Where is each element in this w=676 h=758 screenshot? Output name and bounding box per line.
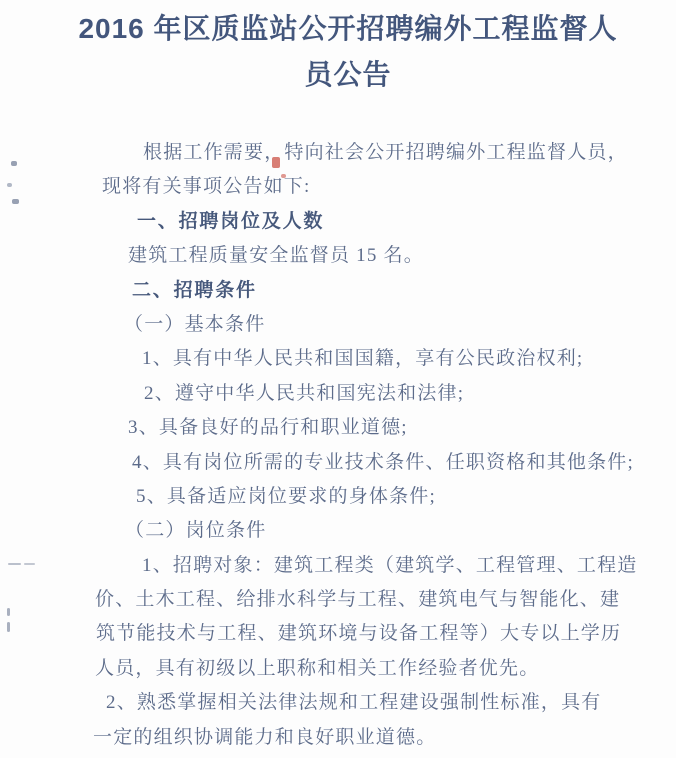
- text-line: （二）岗位条件: [0, 514, 676, 548]
- text-line: 2、遵守中华人民共和国宪法和法律;: [0, 377, 676, 411]
- text-line: 3、具备良好的品行和职业道德;: [0, 411, 676, 445]
- text-line: 1、招聘对象：建筑工程类（建筑学、工程管理、工程造: [0, 549, 676, 583]
- text-line: 价、土木工程、给排水科学与工程、建筑电气与智能化、建: [0, 583, 676, 617]
- text-line: 5、具备适应岗位要求的身体条件;: [0, 480, 676, 514]
- title-line-1: 2016 年区质监站公开招聘编外工程监督人: [48, 6, 648, 52]
- text-line: （一）基本条件: [0, 308, 676, 342]
- text-line: 根据工作需要，特向社会公开招聘编外工程监督人员，: [0, 136, 676, 170]
- text-line: 人员，具有初级以上职称和相关工作经验者优先。: [0, 652, 676, 686]
- section-heading-line: 一、招聘岗位及人数: [0, 205, 676, 239]
- document-body: 根据工作需要，特向社会公开招聘编外工程监督人员，现将有关事项公告如下:一、招聘岗…: [0, 136, 676, 755]
- text-line: 建筑工程质量安全监督员 15 名。: [0, 239, 676, 273]
- text-line: 一定的组织协调能力和良好职业道德。: [0, 721, 676, 755]
- text-line: 2、熟悉掌握相关法律法规和工程建设强制性标准，具有: [0, 686, 676, 720]
- scanned-document-page: 2016 年区质监站公开招聘编外工程监督人 员公告 根据工作需要，特向社会公开招…: [0, 0, 676, 758]
- text-line: 现将有关事项公告如下:: [0, 170, 676, 204]
- text-line: 4、具有岗位所需的专业技术条件、任职资格和其他条件;: [0, 446, 676, 480]
- text-line: 1、具有中华人民共和国国籍，享有公民政治权利;: [0, 342, 676, 376]
- text-line: 筑节能技术与工程、建筑环境与设备工程等）大专以上学历: [0, 617, 676, 651]
- section-heading-line: 二、招聘条件: [0, 274, 676, 308]
- title-line-2: 员公告: [48, 52, 648, 98]
- document-title: 2016 年区质监站公开招聘编外工程监督人 员公告: [48, 6, 648, 98]
